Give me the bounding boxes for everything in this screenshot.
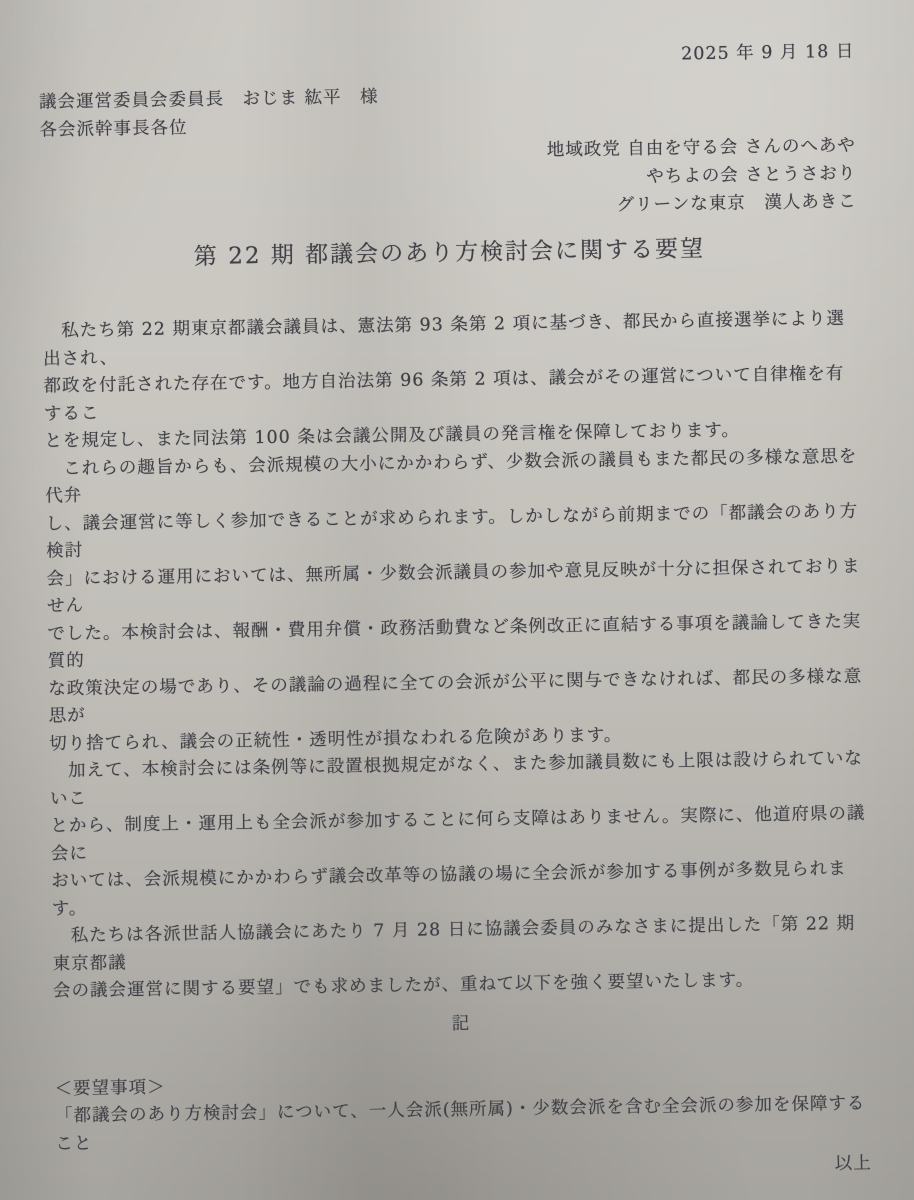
date: 2025 年 9 月 18 日 bbox=[38, 38, 854, 79]
body-text: 私たち第 22 期東京都議会議員は、憲法第 93 条第 2 項に基づき、都民から… bbox=[42, 306, 869, 1006]
letter-sheet: 2025 年 9 月 18 日 議会運営委員会委員長 おじま 紘平 様各会派幹事… bbox=[0, 0, 914, 1200]
request-item: 「都議会のあり方検討会」について、一人会派(無所属)・少数会派を含む全会派の参加… bbox=[55, 1091, 872, 1159]
document-photo: { "colors": { "paper": "#c6c3bd", "ink":… bbox=[0, 0, 914, 1200]
separator-ki: 記 bbox=[53, 1003, 869, 1044]
document-title: 第 22 期 都議会のあり方検討会に関する要望 bbox=[41, 230, 857, 277]
sender-block: 地域政党 自由を守る会 さんのへあややちよの会 さとうさおりグリーンな東京 漢人… bbox=[40, 132, 857, 229]
